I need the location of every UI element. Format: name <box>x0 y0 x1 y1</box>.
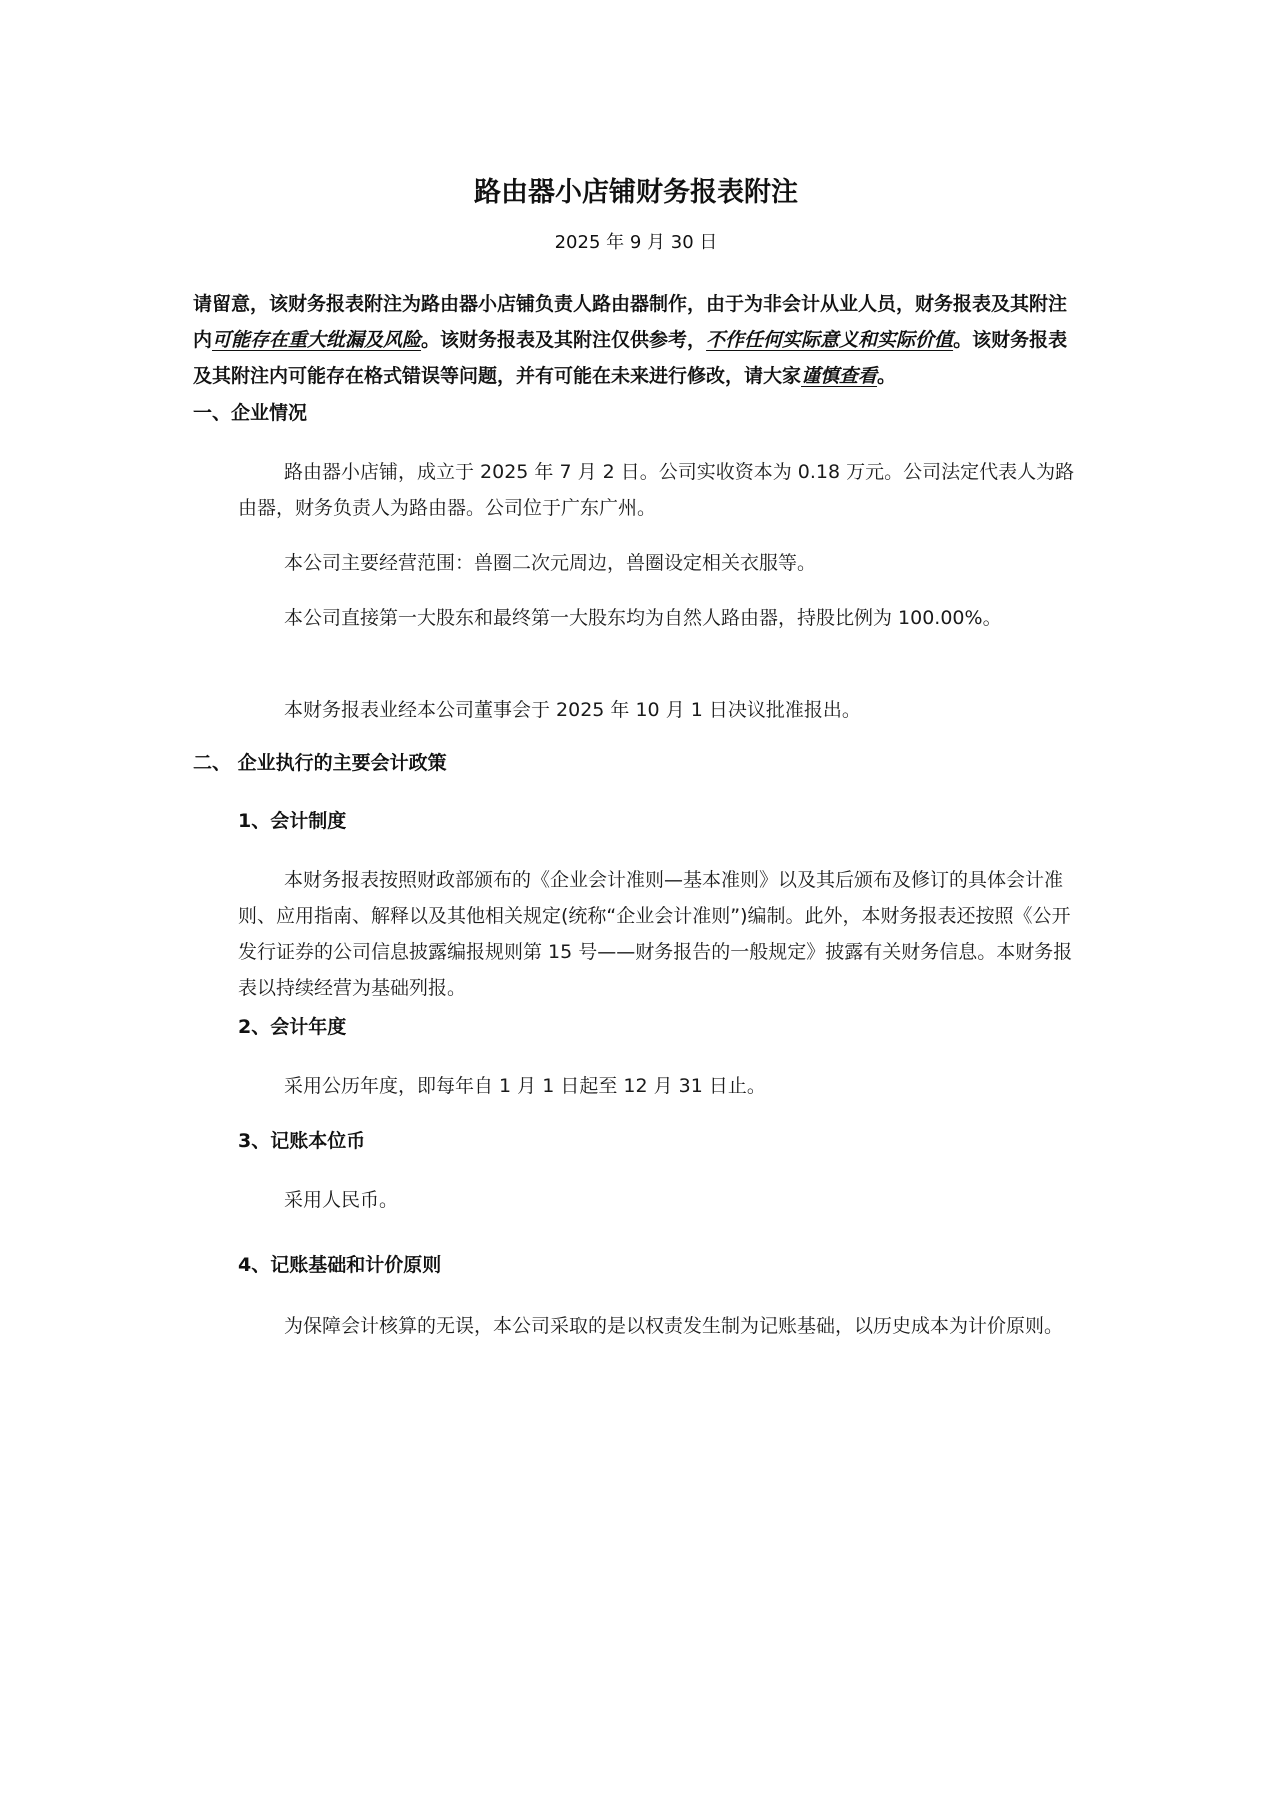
paragraph-shareholders: 本公司直接第一大股东和最终第一大股东均为自然人路由器，持股比例为 100.00%… <box>238 600 1086 636</box>
paragraph-accounting-basis: 为保障会计核算的无误，本公司采取的是以权责发生制为记账基础，以历史成本为计价原则… <box>238 1308 1086 1344</box>
disclaimer-notice: 请留意，该财务报表附注为路由器小店铺负责人路由器制作，由于为非会计从业人员，财务… <box>193 286 1083 394</box>
paragraph-functional-currency: 采用人民币。 <box>238 1182 1086 1218</box>
subsection-heading-accounting-basis: 4、记账基础和计价原则 <box>238 1250 441 1277</box>
paragraph-accounting-system: 本财务报表按照财政部颁布的《企业会计准则—基本准则》以及其后颁布及修订的具体会计… <box>238 862 1086 1006</box>
subsection-heading-fiscal-year: 2、会计年度 <box>238 1012 346 1039</box>
section-heading-accounting-policies: 二、 企业执行的主要会计政策 <box>193 748 447 775</box>
paragraph-fiscal-year: 采用公历年度，即每年自 1 月 1 日起至 12 月 31 日止。 <box>238 1068 1086 1104</box>
notice-emphasis: 谨慎查看 <box>801 365 877 387</box>
paragraph-approval: 本财务报表业经本公司董事会于 2025 年 10 月 1 日决议批准报出。 <box>238 692 1086 728</box>
notice-text: 。该财务报表及其附注仅供参考， <box>421 329 706 351</box>
notice-emphasis: 可能存在重大纰漏及风险 <box>212 329 421 351</box>
notice-emphasis: 不作任何实际意义和实际价值 <box>706 329 953 351</box>
paragraph-business-scope: 本公司主要经营范围：兽圈二次元周边，兽圈设定相关衣服等。 <box>238 545 1086 581</box>
paragraph-company-overview: 路由器小店铺，成立于 2025 年 7 月 2 日。公司实收资本为 0.18 万… <box>238 454 1086 526</box>
document-date: 2025 年 9 月 30 日 <box>0 228 1272 254</box>
subsection-heading-accounting-system: 1、会计制度 <box>238 806 346 833</box>
subsection-heading-functional-currency: 3、记账本位币 <box>238 1126 365 1153</box>
document-title: 路由器小店铺财务报表附注 <box>0 170 1272 209</box>
document-page: 路由器小店铺财务报表附注 2025 年 9 月 30 日 请留意，该财务报表附注… <box>0 0 1272 1800</box>
notice-text: 。 <box>877 365 896 387</box>
section-heading-company-info: 一、企业情况 <box>193 398 307 425</box>
